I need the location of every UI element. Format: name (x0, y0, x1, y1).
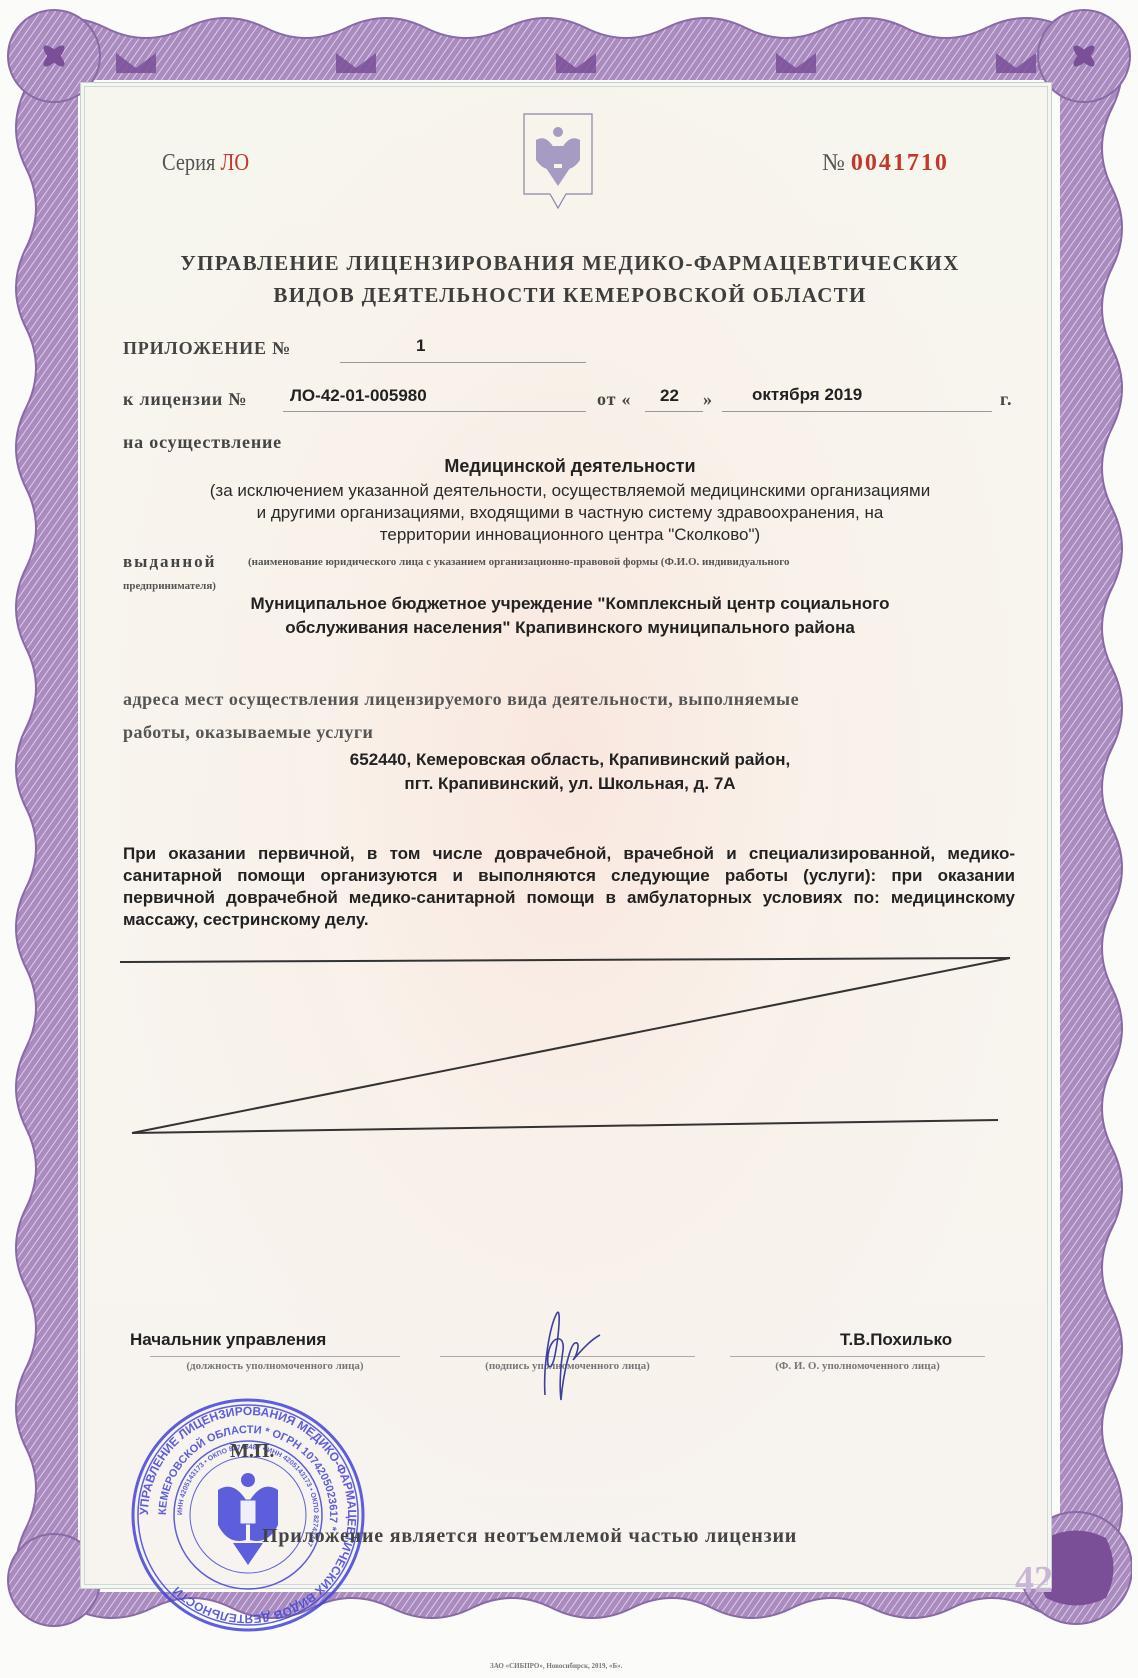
issued-note-continued: предпринимателя) (123, 580, 216, 592)
number-value: 0041710 (851, 150, 949, 176)
series-value: ЛО (221, 150, 250, 176)
position-caption: (должность уполномоченного лица) (150, 1360, 400, 1372)
date-from-label: от « (597, 389, 631, 410)
official-seal-stamp: УПРАВЛЕНИЕ ЛИЦЕНЗИРОВАНИЯ МЕДИКО-ФАРМАЦЕ… (128, 1395, 368, 1635)
activity-title: Медицинской деятельности (120, 456, 1020, 477)
services-description: При оказании первичной, в том числе довр… (123, 843, 1015, 931)
blank-space-strike-lines (120, 940, 1020, 1140)
name-line (730, 1356, 985, 1357)
activity-desc-line: территории инновационного центра "Сколко… (120, 524, 1020, 546)
handwritten-signature (515, 1305, 605, 1405)
appendix-number: 1 (416, 336, 425, 356)
name-caption: (Ф. И. О. уполномоченного лица) (730, 1360, 985, 1372)
license-number-line (283, 411, 586, 412)
address-line: пгт. Крапивинский, ул. Школьная, д. 7А (140, 772, 1000, 796)
address-line: 652440, Кемеровская область, Крапивински… (140, 748, 1000, 772)
russian-coat-of-arms-icon (522, 112, 594, 210)
activity-desc-line: и другими организациями, входящими в час… (120, 502, 1020, 524)
authority-line-2: ВИДОВ ДЕЯТЕЛЬНОСТИ КЕМЕРОВСКОЙ ОБЛАСТИ (120, 279, 1020, 311)
activity-desc-line: (за исключением указанной деятельности, … (120, 480, 1020, 502)
region-code: 42 (1015, 1558, 1053, 1602)
date-day-line (645, 411, 703, 412)
date-month-line (722, 411, 992, 412)
date-day: 22 (660, 386, 679, 406)
issued-label: выданной (123, 552, 216, 572)
authority-line-1: УПРАВЛЕНИЕ ЛИЦЕНЗИРОВАНИЯ МЕДИКО-ФАРМАЦЕ… (120, 247, 1020, 279)
printer-imprint: ЗАО «СИБПРО», Новосибирск, 2019, «Б». (490, 1662, 622, 1670)
appendix-number-line (340, 362, 586, 363)
license-label: к лицензии № (123, 389, 247, 410)
appendix-integral-note: Приложение является неотъемлемой частью … (262, 1525, 797, 1548)
address-label-line: работы, оказываемые услуги (123, 716, 1023, 749)
organization-line: Муниципальное бюджетное учреждение "Комп… (140, 592, 1000, 616)
series-label: Серия (162, 150, 215, 176)
date-close: » (703, 389, 713, 410)
issuing-authority: УПРАВЛЕНИЕ ЛИЦЕНЗИРОВАНИЯ МЕДИКО-ФАРМАЦЕ… (120, 247, 1020, 311)
activity-description: (за исключением указанной деятельности, … (120, 480, 1020, 546)
issued-note: (наименование юридического лица с указан… (248, 556, 789, 568)
appendix-label: ПРИЛОЖЕНИЕ № (123, 338, 291, 359)
date-month-year: октября 2019 (752, 385, 862, 405)
address-label-line: адреса мест осуществления лицензируемого… (123, 683, 1023, 716)
date-suffix: г. (1000, 389, 1012, 410)
address-label: адреса мест осуществления лицензируемого… (123, 683, 1023, 749)
organization-name: Муниципальное бюджетное учреждение "Комп… (140, 592, 1000, 640)
serial-number: № 0041710 (822, 150, 949, 177)
position-line (150, 1356, 400, 1357)
activity-label: на осуществление (123, 432, 282, 453)
license-number: ЛО-42-01-005980 (290, 386, 427, 406)
signatory-name: Т.В.Похилько (840, 1330, 952, 1350)
series: Серия ЛО (162, 150, 249, 177)
number-label: № (822, 150, 845, 176)
signatory-position: Начальник управления (130, 1330, 326, 1350)
organization-line: обслуживания населения" Крапивинского му… (140, 616, 1000, 640)
address: 652440, Кемеровская область, Крапивински… (140, 748, 1000, 796)
stamp-place-label: М.П. (230, 1440, 274, 1463)
